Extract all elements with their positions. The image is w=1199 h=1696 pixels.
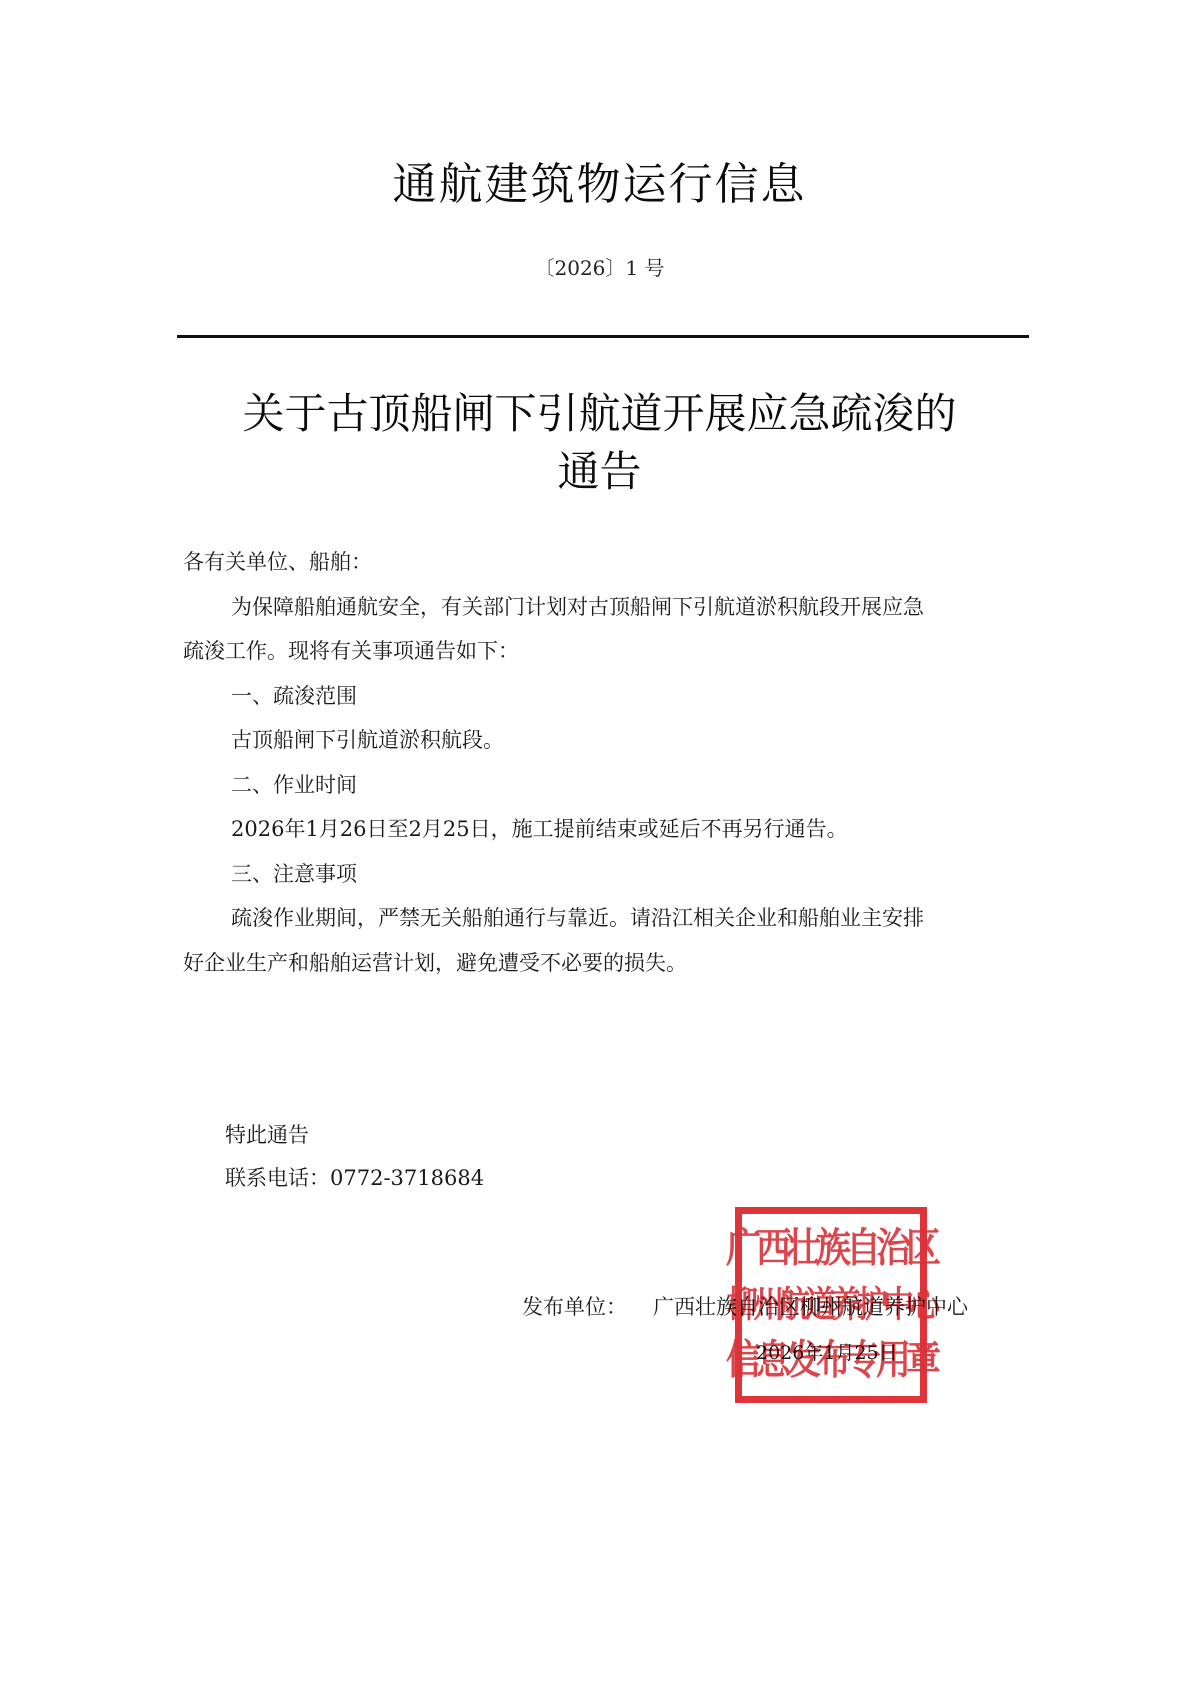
seal-line1: 广西壮族自治区: [726, 1217, 936, 1281]
salutation: 各有关单位、船舶：: [183, 540, 1023, 585]
section2-text: 2026年1月26日至2月25日，施工提前结束或延后不再另行通告。: [183, 807, 1023, 852]
notice-body: 各有关单位、船舶： 为保障船舶通航安全，有关部门计划对古顶船闸下引航道淤积航段开…: [183, 540, 1023, 985]
contact-label: 联系电话：: [225, 1166, 330, 1190]
section2-heading: 二、作业时间: [183, 763, 1023, 808]
header-divider: [177, 335, 1029, 338]
bulletin-title: 通航建筑物运行信息: [0, 148, 1199, 212]
closing-statement: 特此通告: [225, 1114, 484, 1157]
section1-text: 古顶船闸下引航道淤积航段。: [183, 718, 1023, 763]
intro-paragraph-line1: 为保障船舶通航安全，有关部门计划对古顶船闸下引航道淤积航段开展应急: [183, 585, 1023, 630]
notice-title: 关于古顶船闸下引航道开展应急疏浚的 通告: [0, 385, 1199, 501]
section3-text-line2: 好企业生产和船舶运营计划，避免遭受不必要的损失。: [183, 941, 1023, 986]
section1-heading: 一、疏浚范围: [183, 674, 1023, 719]
contact-line: 联系电话：0772-3718684: [225, 1157, 484, 1200]
notice-title-line1: 关于古顶船闸下引航道开展应急疏浚的: [0, 385, 1199, 443]
notice-title-line2: 通告: [0, 443, 1199, 501]
official-seal-stamp: 广西壮族自治区 柳州航道养护中心 信息发布专用章: [735, 1207, 927, 1403]
seal-line3: 信息发布专用章: [726, 1329, 936, 1393]
section3-heading: 三、注意事项: [183, 852, 1023, 897]
closing-block: 特此通告 联系电话：0772-3718684: [225, 1114, 484, 1200]
contact-phone: 0772-3718684: [330, 1166, 484, 1190]
intro-paragraph-line2: 疏浚工作。现将有关事项通告如下：: [183, 629, 1023, 674]
seal-line2: 柳州航道养护中心: [727, 1273, 935, 1337]
publisher-label: 发布单位：: [522, 1295, 627, 1319]
document-number: 〔2026〕1 号: [0, 252, 1199, 281]
document-page: 通航建筑物运行信息 〔2026〕1 号 关于古顶船闸下引航道开展应急疏浚的 通告…: [0, 0, 1199, 1696]
section3-text-line1: 疏浚作业期间，严禁无关船舶通行与靠近。请沿江相关企业和船舶业主安排: [183, 896, 1023, 941]
